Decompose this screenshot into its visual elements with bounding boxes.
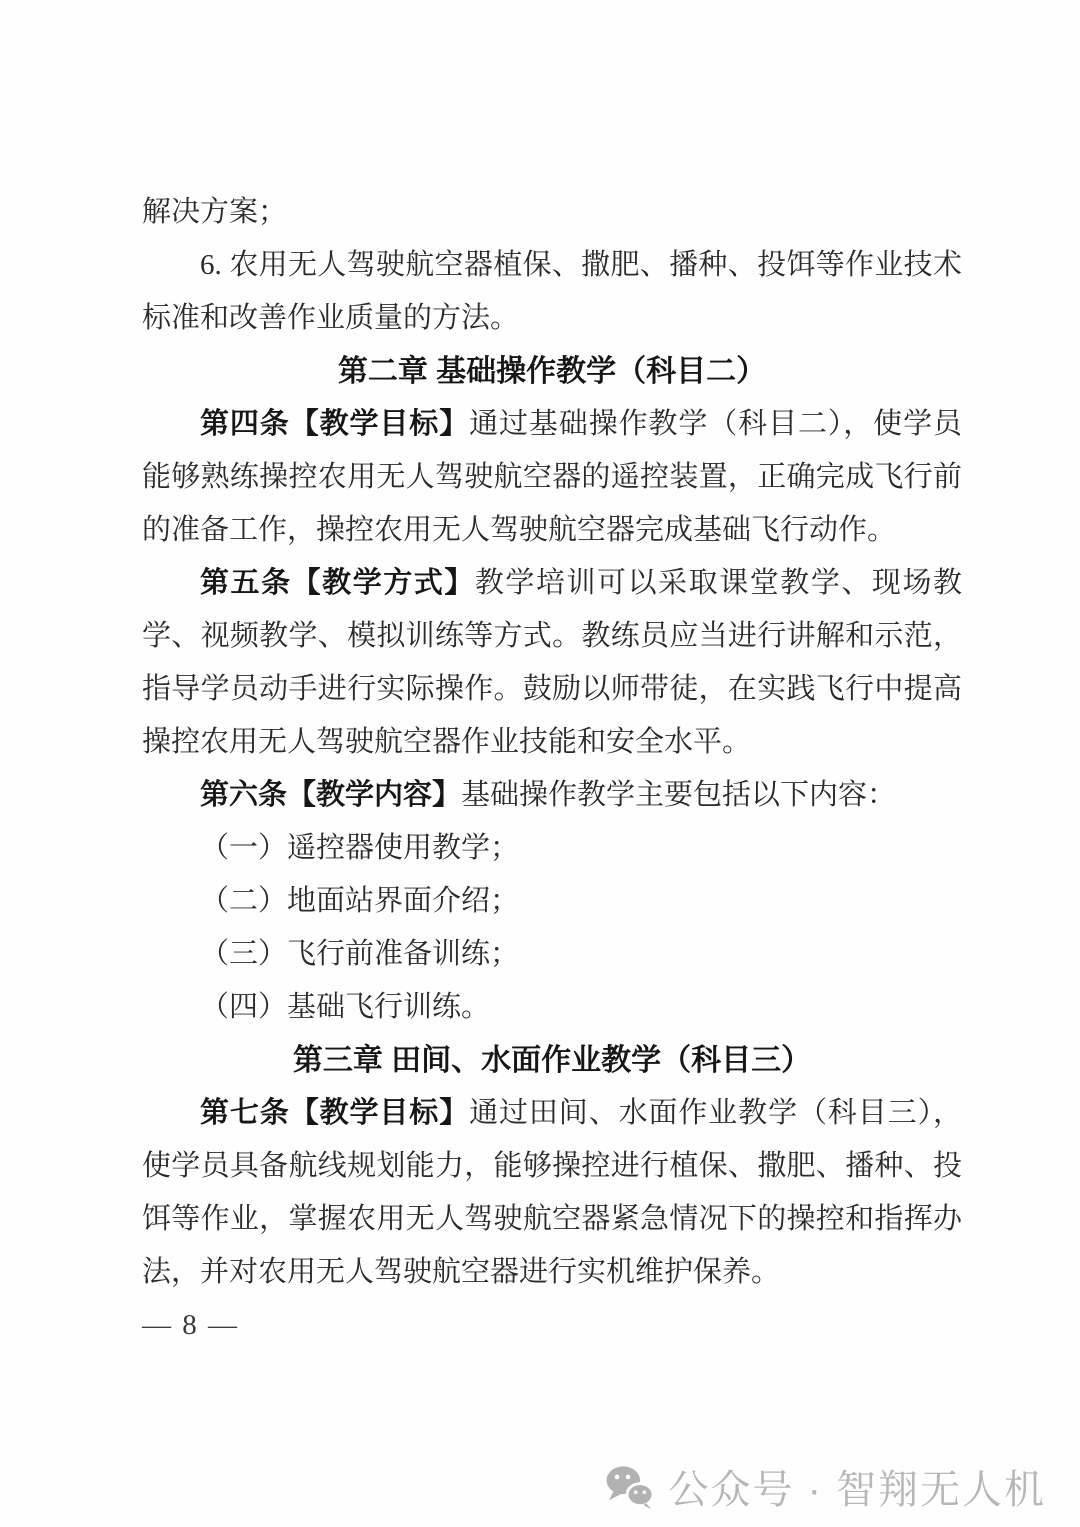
list-item-3: （三）飞行前准备训练； [142, 928, 962, 981]
paragraph-item-6: 6. 农用无人驾驶航空器植保、撒肥、播种、投饵等作业技术标准和改善作业质量的方法… [142, 239, 962, 345]
paragraph-article-4: 第四条【教学目标】通过基础操作教学（科目二），使学员能够熟练操控农用无人驾驶航空… [142, 398, 962, 557]
article-5-label: 第五条【教学方式】 [200, 567, 475, 599]
page-number: — 8 — [142, 1299, 962, 1352]
chapter-3-heading: 第三章 田间、水面作业教学（科目三） [142, 1034, 962, 1087]
list-item-2: （二）地面站界面介绍； [142, 875, 962, 928]
paragraph-article-6: 第六条【教学内容】基础操作教学主要包括以下内容： [142, 769, 962, 822]
wechat-icon [605, 1465, 655, 1509]
article-6-text: 基础操作教学主要包括以下内容： [461, 779, 896, 811]
list-item-1: （一）遥控器使用教学； [142, 822, 962, 875]
paragraph-intro-tail: 解决方案； [142, 186, 962, 239]
article-6-label: 第六条【教学内容】 [200, 779, 461, 811]
watermark-label: 公众号 · 智翔无人机 [668, 1458, 1046, 1515]
article-4-label: 第四条【教学目标】 [200, 408, 469, 440]
paragraph-article-7: 第七条【教学目标】通过田间、水面作业教学（科目三），使学员具备航线规划能力，能够… [142, 1087, 962, 1299]
chapter-2-heading: 第二章 基础操作教学（科目二） [142, 345, 962, 398]
article-7-label: 第七条【教学目标】 [200, 1097, 469, 1129]
document-body: 解决方案； 6. 农用无人驾驶航空器植保、撒肥、播种、投饵等作业技术标准和改善作… [142, 186, 962, 1352]
paragraph-article-5: 第五条【教学方式】教学培训可以采取课堂教学、现场教学、视频教学、模拟训练等方式。… [142, 557, 962, 769]
document-page: 解决方案； 6. 农用无人驾驶航空器植保、撒肥、播种、投饵等作业技术标准和改善作… [0, 0, 1080, 1527]
watermark: 公众号 · 智翔无人机 [605, 1458, 1046, 1515]
list-item-4: （四）基础飞行训练。 [142, 981, 962, 1034]
